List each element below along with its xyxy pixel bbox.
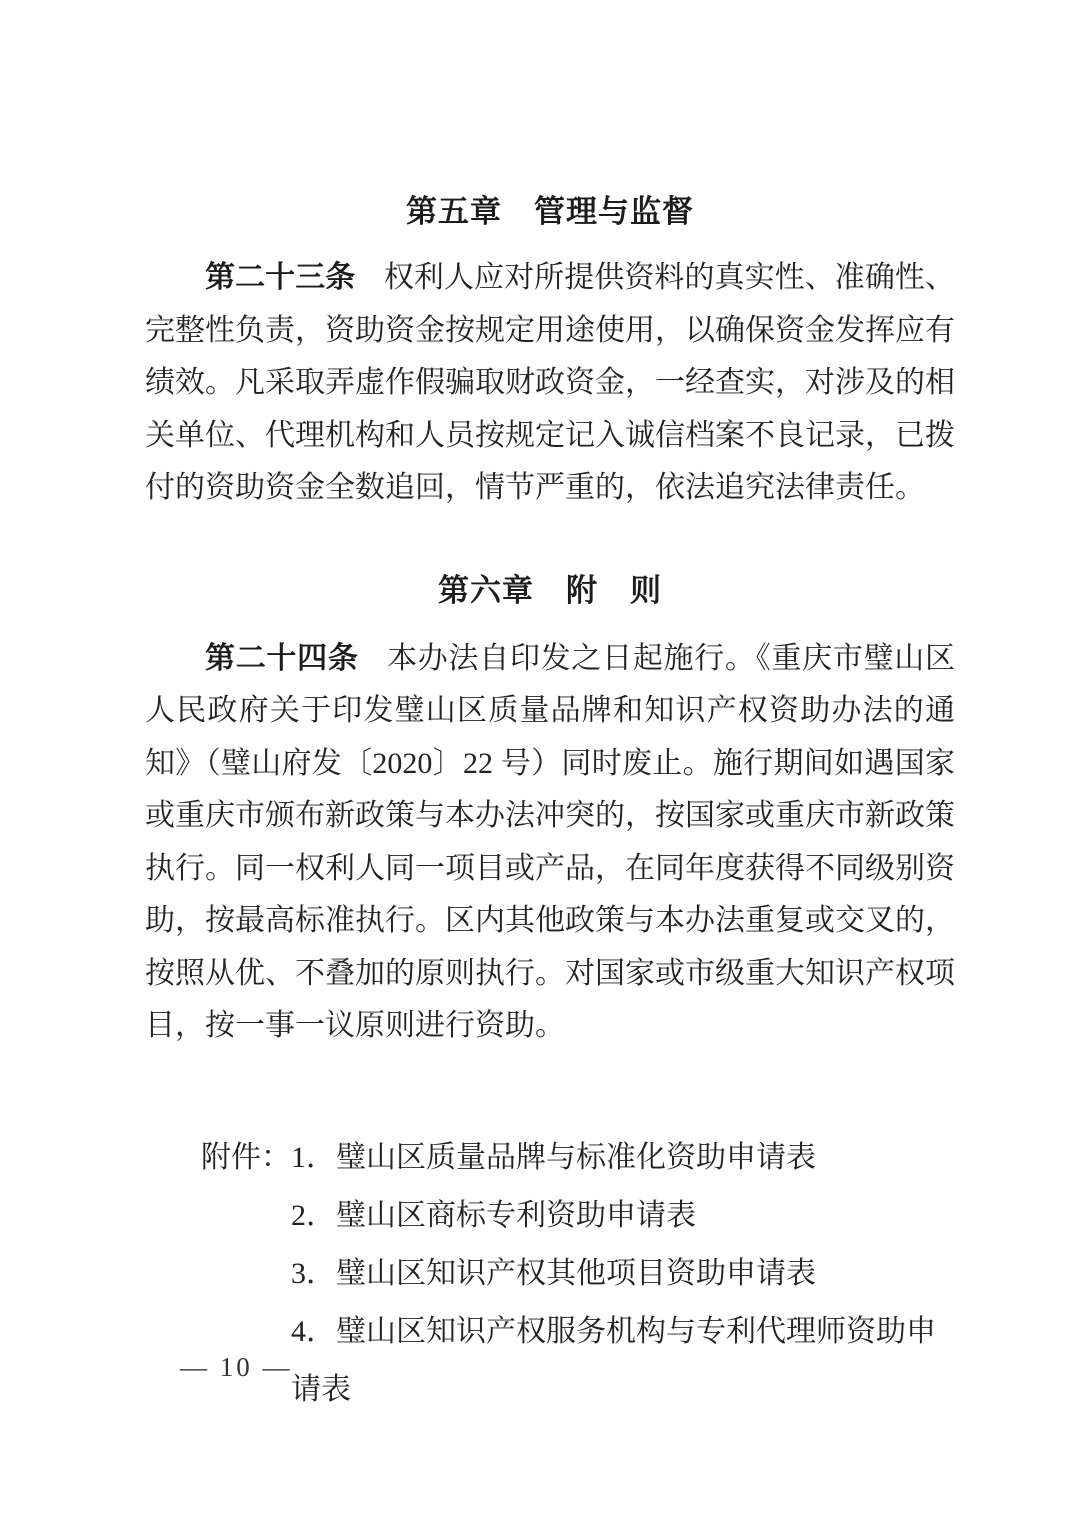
attachment-item-4: 4．璧山区知识产权服务机构与专利代理师资助申请表 — [291, 1303, 955, 1419]
document-page: 第五章 管理与监督 第二十三条权利人应对所提供资料的真实性、准确性、完整性负责，… — [0, 0, 1080, 1527]
article-24-paragraph: 第二十四条本办法自印发之日起施行。《重庆市璧山区人民政府关于印发璧山区质量品牌和… — [145, 633, 955, 1053]
article-23-label: 第二十三条 — [205, 261, 355, 294]
attachment-item-1: 1．璧山区质量品牌与标准化资助申请表 — [291, 1129, 955, 1187]
article-24-label: 第二十四条 — [205, 642, 359, 675]
attachments-block: 附件： 1．璧山区质量品牌与标准化资助申请表 2．璧山区商标专利资助申请表 3．… — [201, 1129, 955, 1419]
attachments-list: 1．璧山区质量品牌与标准化资助申请表 2．璧山区商标专利资助申请表 3．璧山区知… — [291, 1129, 955, 1419]
article-23-text: 权利人应对所提供资料的真实性、准确性、完整性负责，资助资金按规定用途使用，以确保… — [145, 261, 955, 504]
attachment-item-3: 3．璧山区知识产权其他项目资助申请表 — [291, 1245, 955, 1303]
chapter-6-heading: 第六章 附 则 — [145, 572, 955, 610]
chapter-5-heading: 第五章 管理与监督 — [145, 193, 955, 231]
article-23-paragraph: 第二十三条权利人应对所提供资料的真实性、准确性、完整性负责，资助资金按规定用途使… — [145, 252, 955, 515]
article-24-text: 本办法自印发之日起施行。《重庆市璧山区人民政府关于印发璧山区质量品牌和知识产权资… — [145, 642, 955, 1043]
page-number: — 10 — — [180, 1352, 293, 1383]
attachment-item-2: 2．璧山区商标专利资助申请表 — [291, 1187, 955, 1245]
